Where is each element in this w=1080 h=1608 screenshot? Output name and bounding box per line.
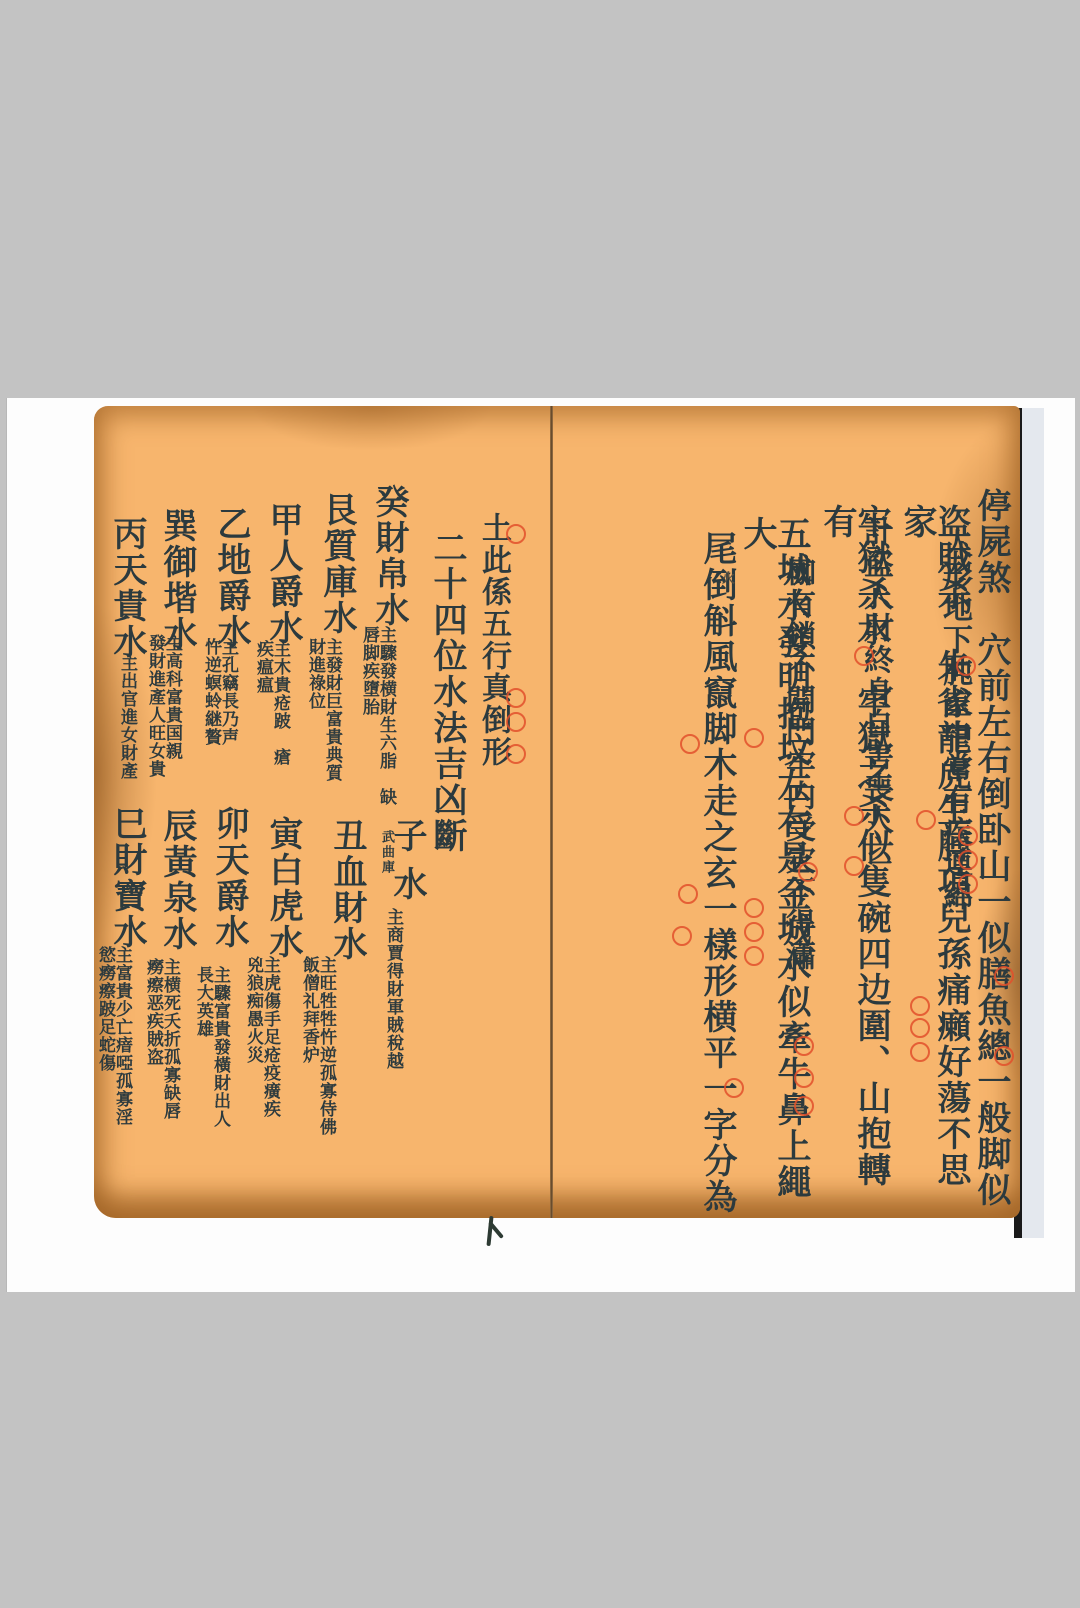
red-annotation-circle — [844, 856, 864, 876]
entry-note: 主富貴少亡瘖啞孤寡淫 慾癆瘵跛足蛇傷 — [96, 946, 130, 1146]
red-annotation-circle — [958, 850, 978, 870]
entry-note: 主旺牲牲忤逆孤寡侍佛 飯僧礼拜香炉 — [300, 956, 334, 1136]
entry-title: 子 — [390, 818, 424, 854]
entry-note: 主虎傷手足疮疫癀疾 兇狼痴愚火災 — [244, 956, 278, 1136]
red-annotation-circle — [506, 688, 526, 708]
red-annotation-circle — [506, 744, 526, 764]
red-annotation-circle — [844, 806, 864, 826]
red-annotation-circle — [680, 734, 700, 754]
entry-note: 主驟富貴發橫財出人 長大英雄 — [194, 966, 228, 1156]
entry-title: 甲 — [266, 502, 300, 538]
entry-note: 主孔竊長乃声 忤逆螟蛉継贅 — [202, 638, 236, 778]
entry-suffix: 黃泉水 — [160, 844, 194, 952]
manuscript-spread: 停屍煞 穴前左右倒卧山一似膳魚總一般脚似 人形地下肫家中常有疾連綿 盗賊杀 朱雀… — [94, 406, 1020, 1218]
red-annotation-circle — [910, 996, 930, 1016]
red-annotation-circle — [744, 946, 764, 966]
red-annotation-circle — [794, 1036, 814, 1056]
entry-suffix: 地爵水 — [214, 542, 248, 650]
entry-title: 巽 — [160, 508, 194, 544]
entry-title: 辰 — [160, 808, 194, 844]
red-annotation-circle — [958, 826, 978, 846]
entry-suffix: 財帛水 — [372, 520, 406, 628]
entry-note: 主出官進女財產 — [118, 654, 135, 794]
header-column-2: 二十四位水法吉凶斷 — [430, 530, 464, 854]
red-annotation-circle — [956, 656, 976, 676]
entry-suffix: 白虎水 — [266, 852, 300, 960]
entry-suffix: 天爵水 — [212, 842, 246, 950]
entry-title: 丙 — [110, 516, 144, 552]
entry-suffix: 水 — [390, 866, 424, 902]
header-column-1: 土此係五行真倒形 — [478, 512, 508, 768]
left-page: 土此係五行真倒形 二十四位水法吉凶斷 癸 財帛水 主驟發横財生六脂 缺唇脚疾墮胎… — [94, 406, 552, 1218]
entry-title: 癸 — [372, 484, 406, 520]
entry-suffix: 質庫水 — [320, 528, 354, 636]
red-annotation-circle — [916, 810, 936, 830]
right-page: 停屍煞 穴前左右倒卧山一似膳魚總一般脚似 人形地下肫家中常有疾連綿 盗賊杀 朱雀… — [554, 406, 1020, 1218]
red-annotation-circle — [744, 728, 764, 748]
entry-suffix: 人爵水 — [266, 538, 300, 646]
inline-note: 火 — [720, 571, 733, 586]
red-annotation-circle — [672, 926, 692, 946]
red-annotation-circle — [794, 1096, 814, 1116]
red-annotation-circle — [506, 712, 526, 732]
red-annotation-circle — [958, 874, 978, 894]
entry-title: 丑 — [330, 818, 364, 854]
red-annotation-circle — [506, 524, 526, 544]
entry-title: 艮 — [320, 492, 354, 528]
red-annotation-circle — [724, 1078, 744, 1098]
red-annotation-circle — [854, 646, 874, 666]
red-annotation-circle — [910, 1042, 930, 1062]
red-annotation-circle — [994, 1046, 1014, 1066]
text-column-1: 停屍煞 穴前左右倒卧山一似膳魚總一般脚似 — [974, 488, 1008, 1208]
text-column-8: 尾倒斛風竄脚木走之玄一樣形横平一字分為 — [700, 531, 734, 1215]
entry-suffix: 血財水 — [330, 854, 364, 962]
red-annotation-circle — [744, 922, 764, 942]
entry-note: 主商賈得財軍賊稅越 — [384, 908, 401, 1128]
entry-title: 巳 — [110, 806, 144, 842]
entry-suffix: 天貴水 — [110, 552, 144, 660]
entry-note: 主木貴疮跛 瘡疾瘟瘟 — [254, 640, 288, 780]
entry-title: 乙 — [214, 506, 248, 542]
entry-note: 主驟發横財生六脂 缺唇脚疾墮胎 — [360, 626, 394, 806]
red-annotation-circle — [910, 1018, 930, 1038]
red-annotation-circle — [794, 1068, 814, 1088]
entry-title: 寅 — [266, 816, 300, 852]
red-annotation-circle — [994, 966, 1014, 986]
entry-title: 卯 — [212, 806, 246, 842]
red-annotation-circle — [798, 862, 818, 882]
entry-note: 主横死夭折孤寡缺唇 癆瘵恶疾賊盗 — [144, 958, 178, 1148]
red-annotation-circle — [744, 898, 764, 918]
entry-note: 主發財巨富貴典質 財進祿位 — [306, 638, 340, 798]
red-annotation-circle — [678, 884, 698, 904]
entry-suffix: 財寶水 — [110, 842, 144, 950]
entry-note: 主高科富貴国親 發財進產人旺女貴 — [146, 634, 180, 784]
